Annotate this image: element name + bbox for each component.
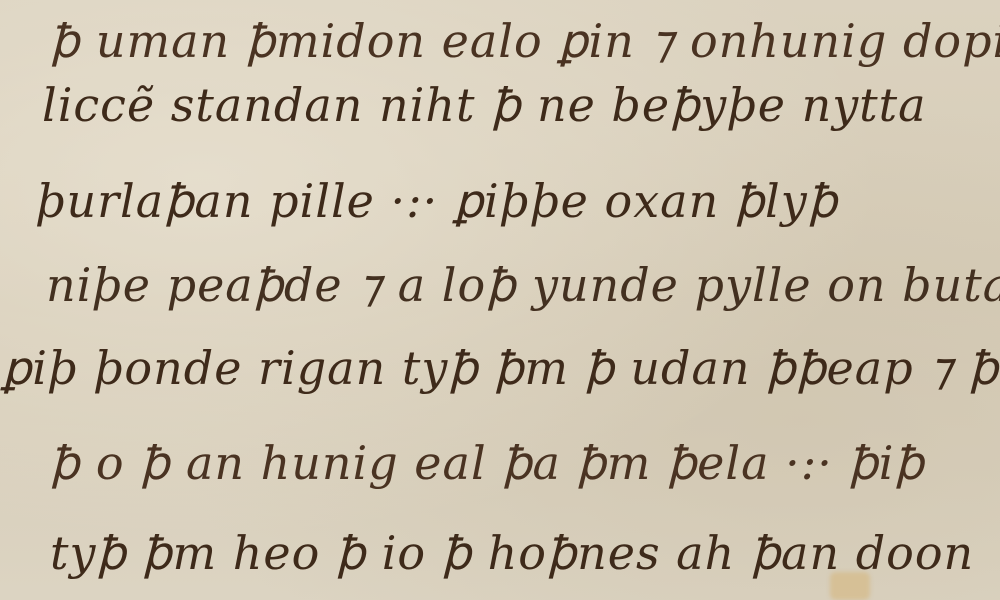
manuscript-line-1: ꝥ uman ꝥmidon ealo ꝑin ⁊ onhunig dopi — [50, 18, 1000, 64]
manuscript-line-2: liccẽ standan niht ꝥ ne beꝥyþe nytta — [42, 82, 927, 128]
manuscript-page: ꝥ uman ꝥmidon ealo ꝑin ⁊ onhunig dopi li… — [0, 0, 1000, 600]
manuscript-line-7: tyꝥ ꝥm heo ꝥ io ꝥ hoꝥnes ah ꝥan doon — [50, 530, 974, 576]
manuscript-line-6: ꝥ o ꝥ an hunig eal ꝥa ꝥm ꝥela ·:· ꝥiꝥ — [50, 440, 925, 486]
manuscript-line-4: niþe peaꝥde ⁊ a loꝥ yunde pylle on butan — [46, 262, 1000, 308]
manuscript-line-3: þurlaꝥan pille ·:· ꝑiþþe oxan ꝥlyꝥ — [36, 178, 838, 224]
manuscript-line-5: ꝑiþ þonde rigan tyꝥ ꝥm ꝥ udan ꝥꝥeap ⁊ ꝥa… — [2, 345, 1000, 391]
